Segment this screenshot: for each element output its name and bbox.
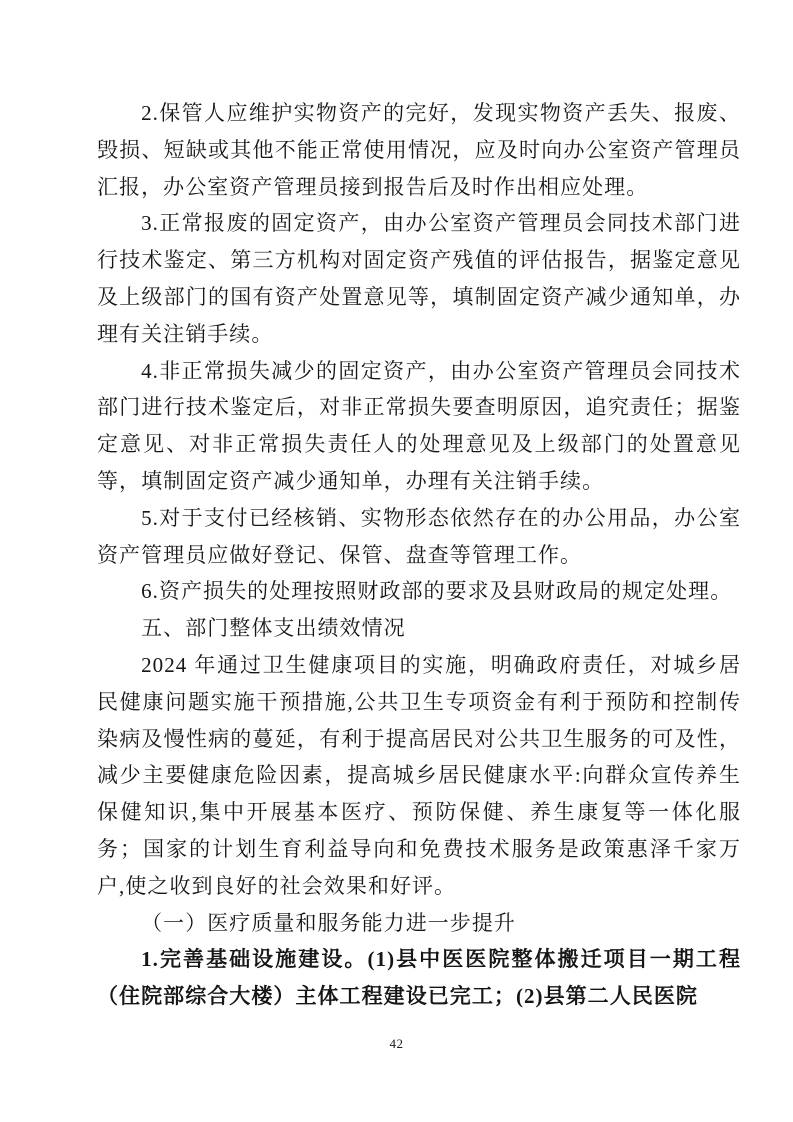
- section-heading-performance: 五、部门整体支出绩效情况: [97, 610, 741, 647]
- paragraph-2024-health-project: 2024 年通过卫生健康项目的实施，明确政府责任，对城乡居民健康问题实施干预措施…: [97, 647, 741, 905]
- subsection-heading-medical-quality: （一）医疗质量和服务能力进一步提升: [97, 905, 741, 942]
- paragraph-written-off-supplies: 5.对于支付已经核销、实物形态依然存在的办公用品，办公室资产管理员应做好登记、保…: [97, 500, 741, 574]
- document-page: 2.保管人应维护实物资产的完好，发现实物资产丢失、报废、毁损、短缺或其他不能正常…: [0, 0, 793, 1122]
- paragraph-normal-scrap-disposal: 3.正常报废的固定资产，由办公室资产管理员会同技术部门进行技术鉴定、第三方机构对…: [97, 205, 741, 352]
- document-body: 2.保管人应维护实物资产的完好，发现实物资产丢失、报废、毁损、短缺或其他不能正常…: [97, 95, 741, 1015]
- paragraph-abnormal-loss-disposal: 4.非正常损失减少的固定资产，由办公室资产管理员会同技术部门进行技术鉴定后，对非…: [97, 353, 741, 500]
- paragraph-infrastructure-construction: 1.完善基础设施建设。(1)县中医医院整体搬迁项目一期工程（住院部综合大楼）主体…: [97, 941, 741, 1015]
- page-number: 42: [0, 1036, 793, 1052]
- paragraph-asset-custody: 2.保管人应维护实物资产的完好，发现实物资产丢失、报废、毁损、短缺或其他不能正常…: [97, 95, 741, 205]
- paragraph-asset-loss-handling: 6.资产损失的处理按照财政部的要求及县财政局的规定处理。: [97, 573, 741, 610]
